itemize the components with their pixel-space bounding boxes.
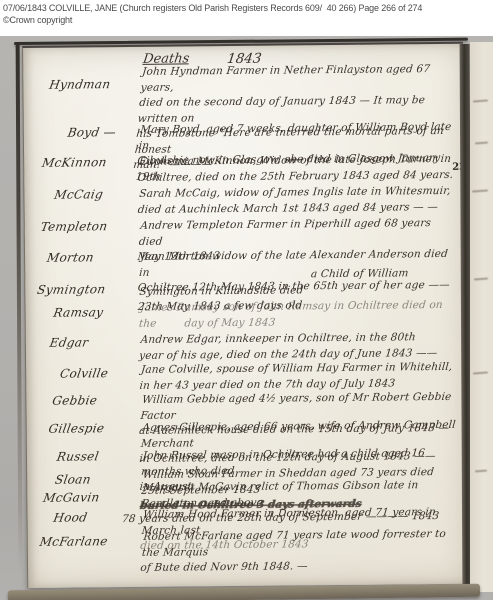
register-photo: Deaths 1843 HyndmanJohn Hyndman Farmer i… [0, 36, 493, 600]
register-entry: RamsayJames Ramsay son of John Ramsay in… [37, 298, 455, 333]
entry-surname: Gillespie [48, 421, 144, 436]
entry-line: Ochiltree, died on the 25th February 184… [137, 167, 454, 186]
entry-surname: Hood [52, 510, 148, 525]
entry-text: Jane Colville, spouse of William Hay Far… [139, 360, 458, 394]
register-entry: McKinnonEuphemia McKinnon, Widow of the … [36, 152, 454, 187]
entry-text: Sarah McCaig, widow of James Inglis late… [137, 184, 456, 218]
caption-copyright: ©Crown copyright [3, 15, 493, 27]
entry-surname: Ramsay [52, 305, 148, 320]
register-entry: McCaigSarah McCaig, widow of James Ingli… [36, 184, 454, 219]
entry-line: of Bute died Novr 9th 1848. — [140, 558, 457, 577]
entry-line: the day of May 1843 [138, 313, 455, 332]
entry-line: John Hyndman Farmer in Nether Finlayston… [140, 62, 459, 96]
entry-surname: Gebbie [51, 393, 147, 408]
entry-surname: Hyndman [48, 77, 144, 92]
entry-surname: McFarlane [39, 534, 135, 549]
entry-line: a Child of William Symington in Killands… [139, 266, 458, 300]
caption-record-title: 07/06/1843 COLVILLE, JANE (Church regist… [3, 3, 493, 15]
entry-line: Jane Colville, spouse of William Hay Far… [140, 360, 457, 379]
entry-text: Andrew Edgar, innkeeper in Ochiltree, in… [138, 330, 457, 364]
entry-text: James Ramsay son of John Ramsay in Ochil… [138, 298, 457, 332]
register-page: Deaths 1843 HyndmanJohn Hyndman Farmer i… [22, 42, 468, 588]
adjacent-page-writing-fragment [472, 189, 488, 192]
adjacent-page-writing-fragment [473, 371, 488, 374]
entry-line: died at Auchinleck March 1st 1843 aged 8… [137, 199, 454, 218]
entry-surname: McCaig [53, 187, 149, 202]
adjacent-page-writing-fragment [475, 142, 488, 145]
entry-text: Robert McFarlane aged 71 years late wood… [140, 527, 460, 577]
entry-line: Robert McFarlane aged 71 years late wood… [141, 527, 460, 561]
adjacent-page-sliver [470, 42, 493, 592]
entry-line: Andrew Templeton Farmer in Piperhill age… [138, 216, 457, 250]
entry-surname: McKinnon [41, 155, 137, 170]
register-entry: McFarlaneRobert McFarlane aged 71 years … [40, 527, 458, 578]
entry-surname: Edgar [49, 335, 145, 350]
entry-surname: Symington [36, 282, 132, 297]
entry-surname: McGavin [42, 490, 138, 505]
book-cover-left-edge [16, 44, 23, 574]
entries-list: HyndmanJohn Hyndman Farmer in Nether Fin… [35, 58, 458, 584]
entry-surname: Templeton [40, 219, 136, 234]
entry-surname: Russel [56, 449, 152, 464]
adjacent-page-writing-fragment [474, 278, 488, 281]
entry-line: Mary Boyd, aged 7 weeks, daughter of Wil… [138, 120, 457, 154]
caption-bar: 07/06/1843 COLVILLE, JANE (Church regist… [0, 0, 493, 36]
entry-surname: Morton [46, 250, 142, 265]
adjacent-page-writing-fragment [475, 470, 487, 473]
entry-text: Euphemia McKinnon, Widow of the late Jos… [137, 152, 456, 186]
adjacent-page-writing-fragment [473, 99, 488, 102]
